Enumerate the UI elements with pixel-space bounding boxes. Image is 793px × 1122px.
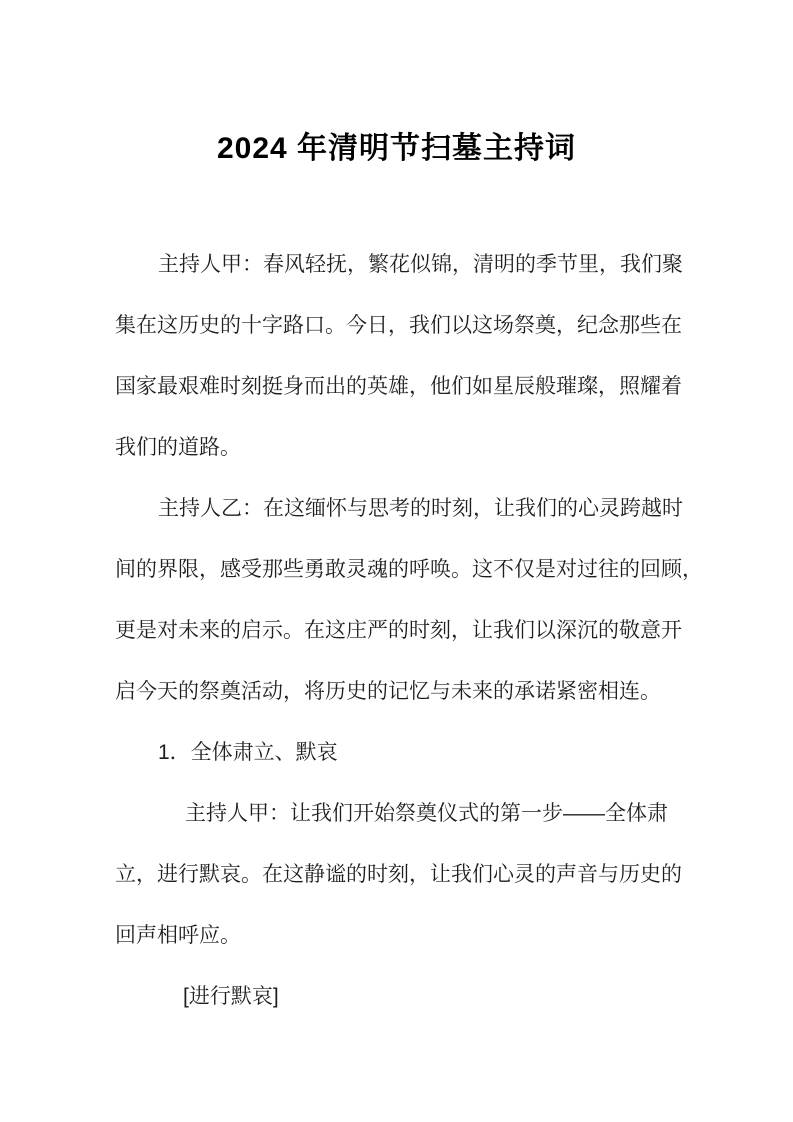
text-line: 主持人乙：在这缅怀与思考的时刻，让我们的心灵跨越时 bbox=[115, 478, 682, 539]
text-line: 更是对未来的启示。在这庄严的时刻，让我们以深沉的敬意开 bbox=[115, 600, 682, 661]
text-line: 间的界限，感受那些勇敢灵魂的呼唤。这不仅是对过往的回顾， bbox=[115, 539, 682, 600]
text-line: 立，进行默哀。在这静谧的时刻，让我们心灵的声音与历史的 bbox=[115, 844, 682, 905]
text-line: 集在这历史的十字路口。今日，我们以这场祭奠，纪念那些在 bbox=[115, 295, 682, 356]
text-line: 1．全体肃立、默哀 bbox=[115, 722, 682, 783]
document-page: 2024 年清明节扫墓主持词 主持人甲：春风轻抚，繁花似锦，清明的季节里，我们聚… bbox=[0, 0, 793, 1122]
paragraph-dialogue-host-a: 主持人甲：春风轻抚，繁花似锦，清明的季节里，我们聚集在这历史的十字路口。今日，我… bbox=[115, 234, 682, 478]
text-line: 主持人甲：春风轻抚，繁花似锦，清明的季节里，我们聚 bbox=[115, 234, 682, 295]
text-line: 我们的道路。 bbox=[115, 417, 682, 478]
paragraph-stage-direction: [进行默哀] bbox=[115, 966, 682, 1027]
text-line: 回声相呼应。 bbox=[115, 905, 682, 966]
text-line: [进行默哀] bbox=[115, 966, 682, 1027]
text-line: 主持人甲：让我们开始祭奠仪式的第一步——全体肃 bbox=[115, 783, 682, 844]
paragraph-list-item: 1．全体肃立、默哀 bbox=[115, 722, 682, 783]
paragraph-dialogue-host-a: 主持人甲：让我们开始祭奠仪式的第一步——全体肃立，进行默哀。在这静谧的时刻，让我… bbox=[115, 783, 682, 966]
paragraph-dialogue-host-b: 主持人乙：在这缅怀与思考的时刻，让我们的心灵跨越时间的界限，感受那些勇敢灵魂的呼… bbox=[115, 478, 682, 722]
text-line: 启今天的祭奠活动，将历史的记忆与未来的承诺紧密相连。 bbox=[115, 661, 682, 722]
document-title: 2024 年清明节扫墓主持词 bbox=[0, 130, 793, 168]
text-line: 国家最艰难时刻挺身而出的英雄，他们如星辰般璀璨，照耀着 bbox=[115, 356, 682, 417]
document-body: 主持人甲：春风轻抚，繁花似锦，清明的季节里，我们聚集在这历史的十字路口。今日，我… bbox=[115, 234, 682, 1027]
